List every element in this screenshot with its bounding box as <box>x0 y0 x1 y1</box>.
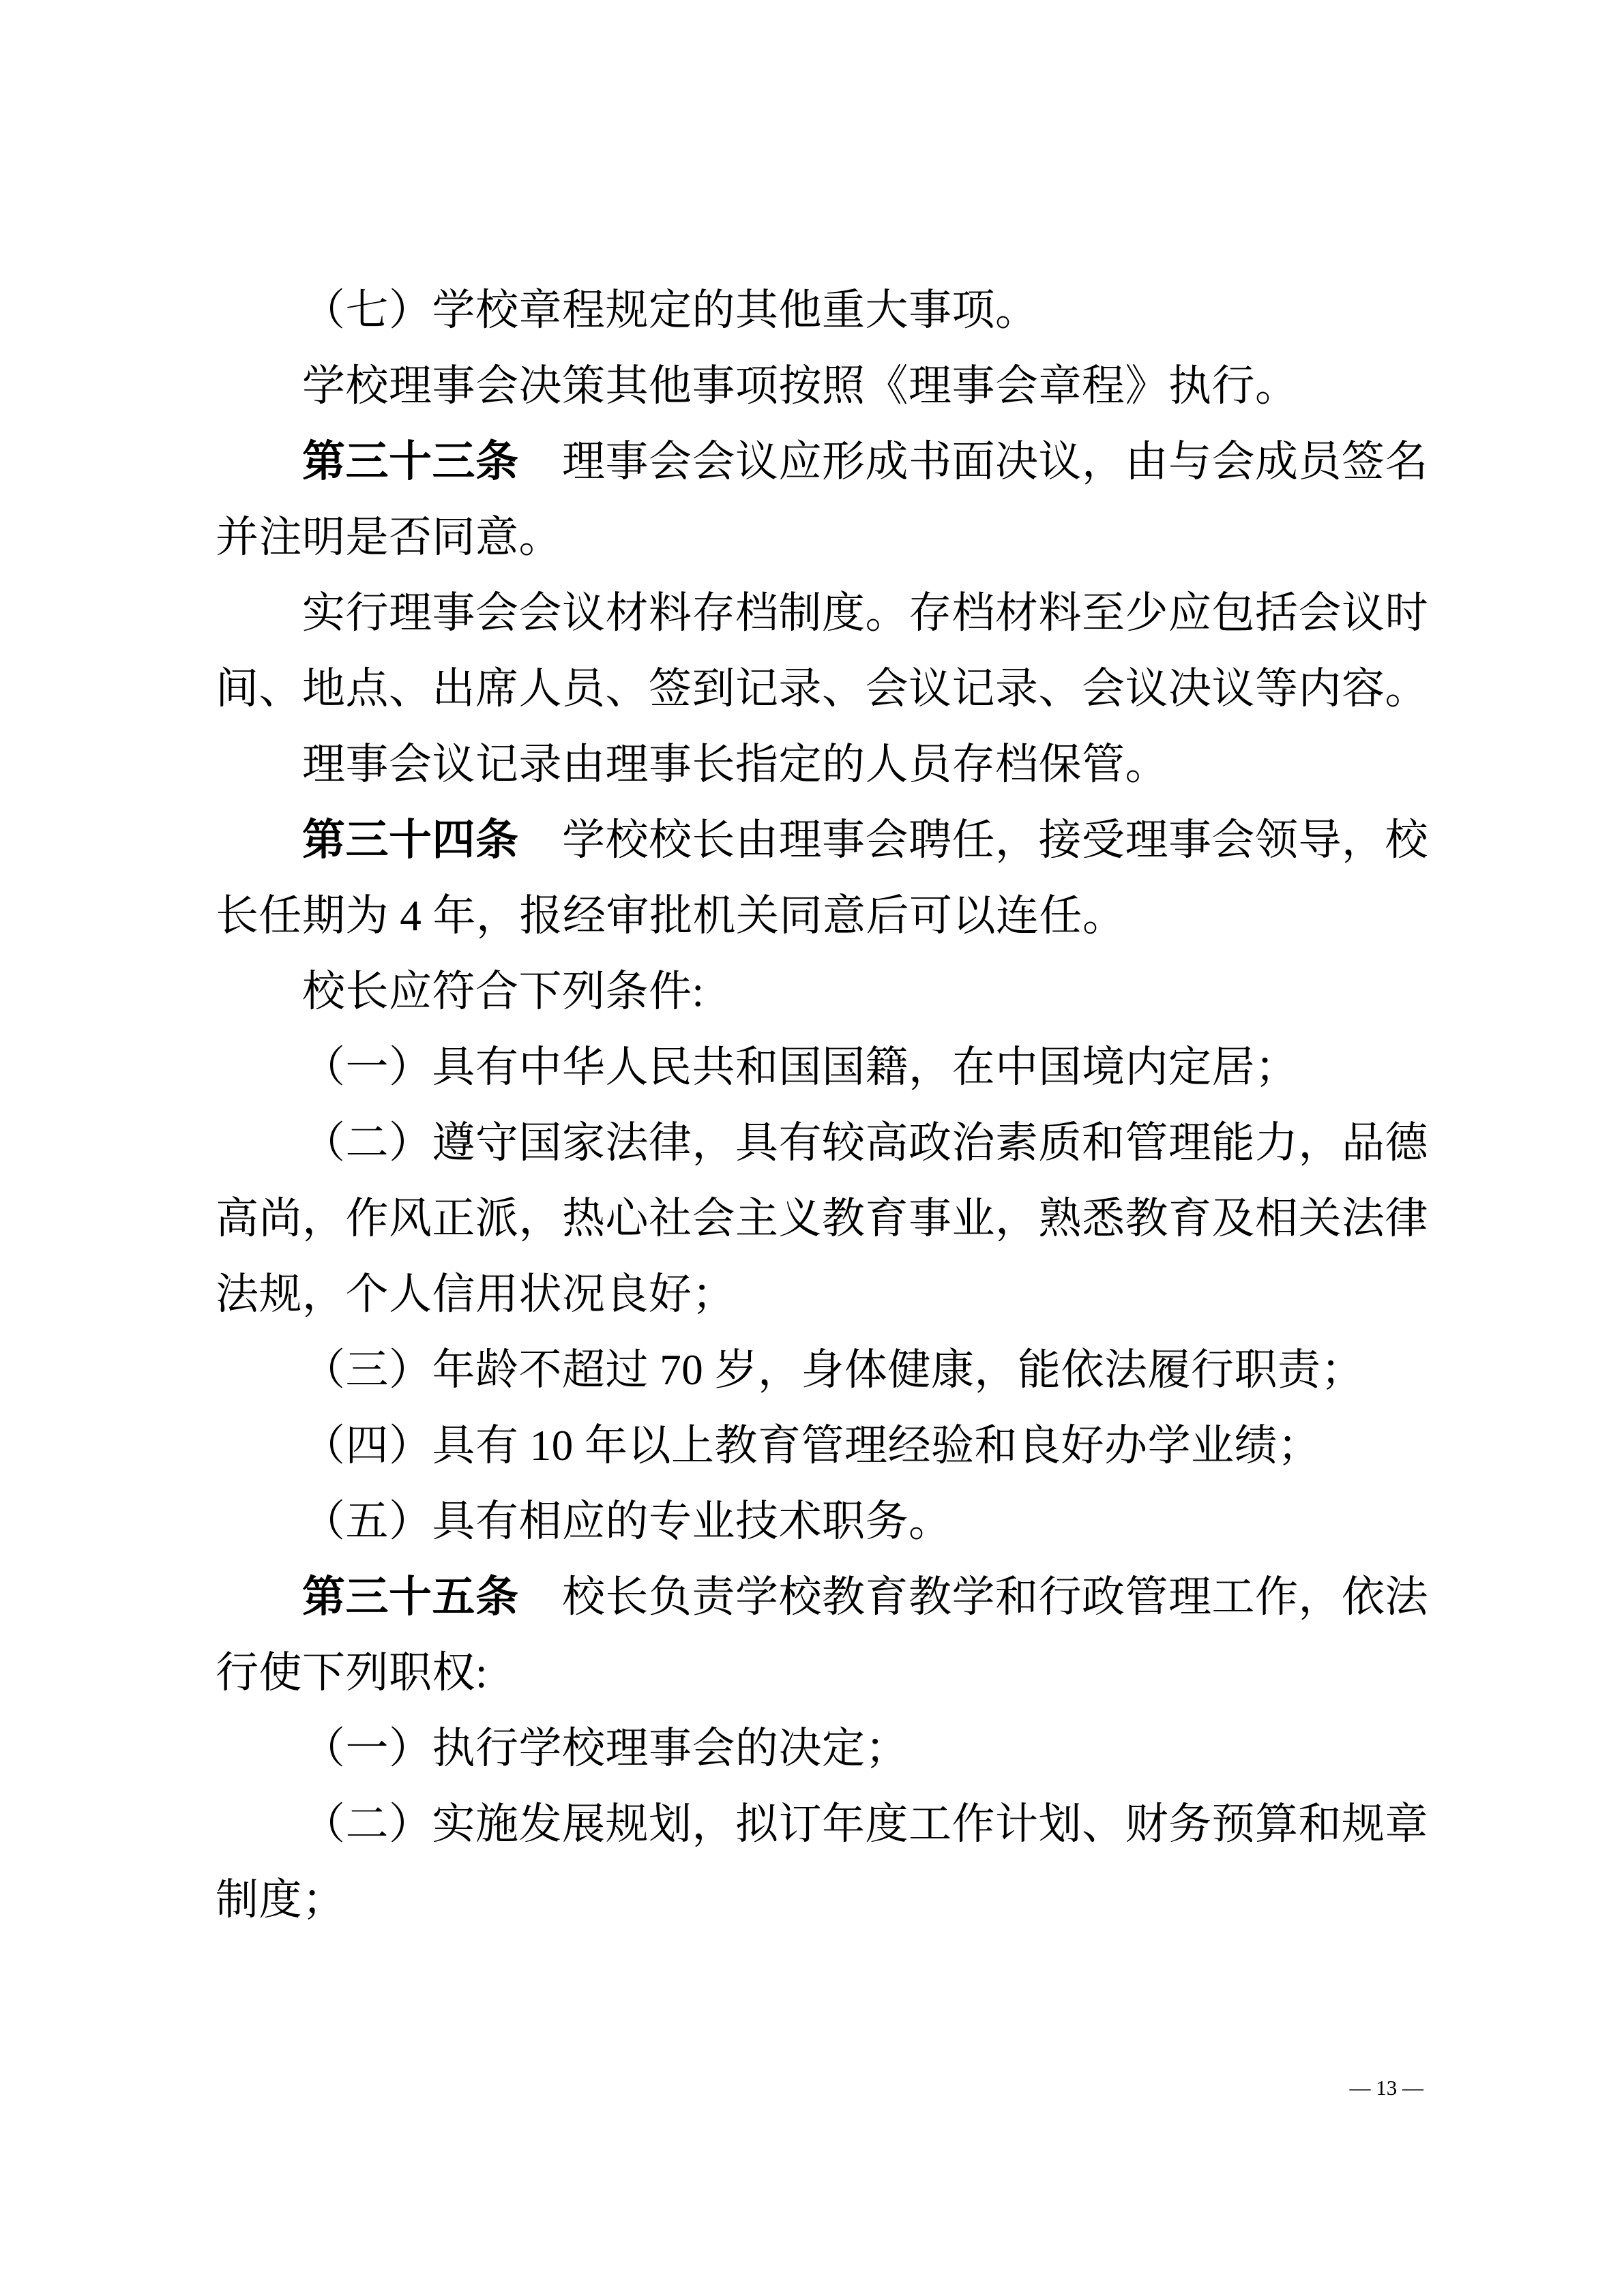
text-line: 行使下列职权: <box>216 1635 1443 1711</box>
line-text: 高尚，作风正派，热心社会主义教育事业，熟悉教育及相关法律 <box>216 1195 1428 1242</box>
article-heading: 第三十三条 <box>302 438 519 486</box>
line-text: 学校校长由理事会聘任，接受理事会领导，校 <box>519 816 1429 864</box>
text-line: 实行理事会会议材料存档制度。存档材料至少应包括会议时 <box>216 576 1443 651</box>
document-page: （七）学校章程规定的其他重大事项。学校理事会决策其他事项按照《理事会章程》执行。… <box>0 0 1624 2296</box>
text-line: 校长应符合下列条件: <box>216 954 1443 1030</box>
line-text: 校长负责学校教育教学和行政管理工作，依法 <box>519 1573 1429 1621</box>
text-line: （五）具有相应的专业技术职务。 <box>216 1484 1443 1560</box>
line-text: 实行理事会会议材料存档制度。存档材料至少应包括会议时 <box>302 589 1428 637</box>
document-body: （七）学校章程规定的其他重大事项。学校理事会决策其他事项按照《理事会章程》执行。… <box>216 273 1443 1938</box>
text-line: 长任期为 4 年，报经审批机关同意后可以连任。 <box>216 878 1443 954</box>
text-line: 第三十四条 学校校长由理事会聘任，接受理事会领导，校 <box>216 803 1443 878</box>
text-line: 高尚，作风正派，热心社会主义教育事业，熟悉教育及相关法律 <box>216 1181 1443 1257</box>
line-text: 理事会议记录由理事长指定的人员存档保管。 <box>302 741 1168 788</box>
text-line: 第三十五条 校长负责学校教育教学和行政管理工作，依法 <box>216 1560 1443 1635</box>
text-line: 理事会议记录由理事长指定的人员存档保管。 <box>216 727 1443 803</box>
line-text: （四）具有 10 年以上教育管理经验和良好办学业绩； <box>302 1422 1321 1470</box>
text-line: 第三十三条 理事会会议应形成书面决议，由与会成员签名 <box>216 424 1443 500</box>
line-text: 间、地点、出席人员、签到记录、会议记录、会议决议等内容。 <box>216 665 1428 713</box>
line-text: 校长应符合下列条件: <box>302 968 705 1015</box>
text-line: 间、地点、出席人员、签到记录、会议记录、会议决议等内容。 <box>216 651 1443 727</box>
line-text: 理事会会议应形成书面决议，由与会成员签名 <box>519 438 1429 486</box>
text-line: 学校理事会决策其他事项按照《理事会章程》执行。 <box>216 348 1443 424</box>
text-line: 并注明是否同意。 <box>216 500 1443 576</box>
text-line: （二）遵守国家法律，具有较高政治素质和管理能力，品德 <box>216 1105 1443 1181</box>
line-text: 学校理事会决策其他事项按照《理事会章程》执行。 <box>302 362 1299 410</box>
line-text: （七）学校章程规定的其他重大事项。 <box>302 286 1039 334</box>
line-text: 制度； <box>216 1876 346 1924</box>
line-text: 长任期为 4 年，报经审批机关同意后可以连任。 <box>216 892 1126 940</box>
text-line: （一）具有中华人民共和国国籍，在中国境内定居； <box>216 1030 1443 1105</box>
line-text: 行使下列职权: <box>216 1649 488 1697</box>
line-text: 并注明是否同意。 <box>216 513 562 561</box>
article-heading: 第三十五条 <box>302 1573 519 1621</box>
line-text: （二）实施发展规划，拟订年度工作计划、财务预算和规章 <box>302 1800 1428 1848</box>
line-text: （一）具有中华人民共和国国籍，在中国境内定居； <box>302 1043 1299 1091</box>
line-text: （一）执行学校理事会的决定； <box>302 1725 909 1772</box>
line-text: （三）年龄不超过 70 岁，身体健康，能依法履行职责； <box>302 1346 1364 1394</box>
text-line: （二）实施发展规划，拟订年度工作计划、财务预算和规章 <box>216 1787 1443 1862</box>
text-line: 法规，个人信用状况良好； <box>216 1257 1443 1332</box>
text-line: （四）具有 10 年以上教育管理经验和良好办学业绩； <box>216 1408 1443 1484</box>
text-line: 制度； <box>216 1862 1443 1938</box>
text-line: （一）执行学校理事会的决定； <box>216 1711 1443 1787</box>
line-text: （二）遵守国家法律，具有较高政治素质和管理能力，品德 <box>302 1119 1428 1167</box>
text-line: （七）学校章程规定的其他重大事项。 <box>216 273 1443 348</box>
text-line: （三）年龄不超过 70 岁，身体健康，能依法履行职责； <box>216 1332 1443 1408</box>
page-number: — 13 — <box>1350 2076 1424 2100</box>
article-heading: 第三十四条 <box>302 816 519 864</box>
line-text: （五）具有相应的专业技术职务。 <box>302 1497 952 1545</box>
line-text: 法规，个人信用状况良好； <box>216 1270 735 1318</box>
